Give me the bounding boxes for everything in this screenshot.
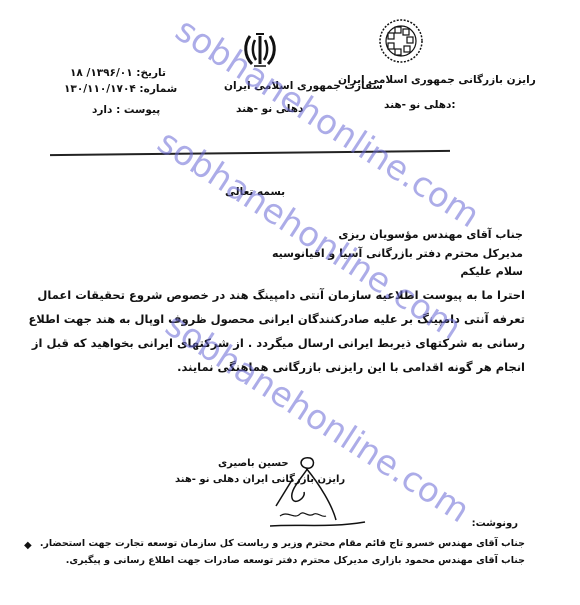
attachment-label: پیوست : xyxy=(116,104,160,116)
date-field: تاریخ: ۱۳۹۶/۰۱/ ۱۸ xyxy=(70,67,166,79)
cc-line-1: جناب آقای مهندس خسرو تاج قائم مقام محترم… xyxy=(40,538,525,549)
attachment-value: دارد xyxy=(92,104,112,116)
date-value: ۱۳۹۶/۰۱/ ۱۸ xyxy=(70,67,133,79)
bullet-mark: ◆ xyxy=(24,540,32,551)
cc-line-2: جناب آقای مهندس محمود بازاری مدیرکل محتر… xyxy=(66,555,525,566)
body-line-1: احترا ما به پیوست اطلاعیه سازمان آنتی دا… xyxy=(37,288,525,302)
number-value: ۱۳۰/۱۱۰/۱۷۰۴ xyxy=(64,83,136,95)
attachment-field: پیوست : دارد xyxy=(92,104,160,116)
number-label: شماره: xyxy=(139,83,177,95)
number-field: شماره: ۱۳۰/۱۱۰/۱۷۰۴ xyxy=(64,83,177,95)
trade-office-title: رایزن بازرگانی جمهوری اسلامی ایران xyxy=(338,74,536,86)
watermark: sobhanehonline.com xyxy=(168,10,486,236)
date-label: تاریخ: xyxy=(136,67,166,79)
recipient-line-1: جناب آقای مهندس مؤسویان ریزی xyxy=(338,228,523,241)
greeting: سلام علیکم xyxy=(460,265,523,278)
cc-label: رونوشت: xyxy=(472,518,518,529)
trade-office-seal xyxy=(378,18,424,64)
city-right: :دهلی نو -هند xyxy=(384,99,456,111)
